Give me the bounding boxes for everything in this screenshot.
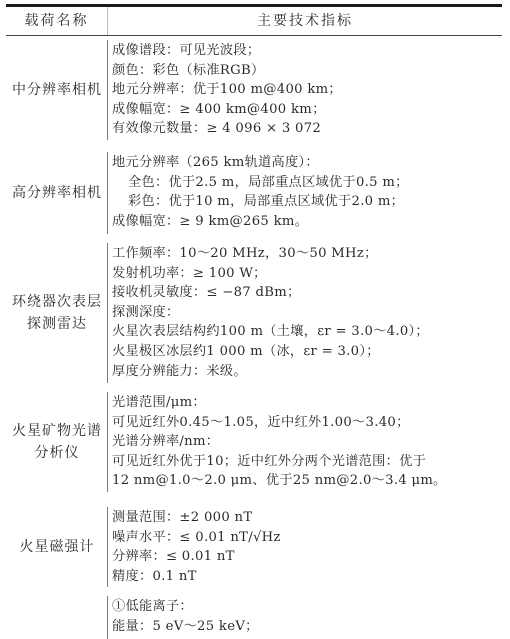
spec-line: 有效像元数量：≥ 4 096 × 3 072: [112, 119, 502, 139]
payload-name-line: 火星矿物光谱: [12, 420, 102, 442]
spec-line: 光谱范围/μm：: [112, 393, 502, 413]
header-main-specs: 主要技术指标: [108, 10, 502, 32]
spec-line: 接收机灵敏度：≤ −87 dBm；: [112, 283, 502, 303]
spec-line: ①低能离子：: [112, 597, 502, 617]
header-bottom-rule: [6, 35, 502, 36]
spec-line: 可见近红外0.45～1.05，近中红外1.00～3.40；: [112, 413, 502, 433]
spec-list: 测量范围：±2 000 nT 噪声水平：≤ 0.01 nT/√Hz 分辨率：≤ …: [112, 508, 502, 586]
spec-line: 全色：优于2.5 m，局部重点区域优于0.5 m；: [112, 173, 502, 193]
spec-line: 能量：5 eV～25 keV；: [112, 617, 502, 637]
table-row-medium-res-camera: 中分辨率相机 成像谱段：可见光波段； 颜色：彩色（标准RGB） 地元分辨率：优于…: [6, 40, 502, 140]
spec-list: 工作频率：10～20 MHz，30～50 MHz； 发射机功率：≥ 100 W；…: [112, 244, 502, 381]
payload-name: 火星磁强计: [6, 507, 108, 587]
payload-name-line: 火星磁强计: [20, 536, 95, 558]
spec-line: 工作频率：10～20 MHz，30～50 MHz；: [112, 244, 502, 264]
table-row-high-res-camera: 高分辨率相机 地元分辨率（265 km轨道高度）： 全色：优于2.5 m，局部重…: [6, 152, 502, 234]
column-divider: [107, 152, 108, 234]
column-divider: [107, 40, 108, 140]
header-payload-name: 载荷名称: [6, 10, 107, 32]
spec-line: 测量范围：±2 000 nT: [112, 508, 502, 528]
spec-list: ①低能离子： 能量：5 eV～25 keV；: [112, 597, 502, 636]
table-top-rule: [6, 4, 502, 7]
payload-name: 环绕器次表层 探测雷达: [6, 243, 108, 383]
payload-name-line: 中分辨率相机: [12, 79, 102, 101]
spec-line: 地元分辨率：优于100 m@400 km；: [112, 80, 502, 100]
spec-line: 光谱分辨率/nm：: [112, 432, 502, 452]
spec-line: 精度：0.1 nT: [112, 567, 502, 587]
payload-name-line: 环绕器次表层: [12, 291, 102, 313]
spec-line: 探测深度：: [112, 303, 502, 323]
payload-name: 中分辨率相机: [6, 40, 108, 140]
spec-line: 分辨率：≤ 0.01 nT: [112, 547, 502, 567]
column-divider: [107, 392, 108, 492]
table-row-partial: ①低能离子： 能量：5 eV～25 keV；: [6, 596, 502, 639]
spec-line: 可见近红外优于10；近中红外分两个光谱范围：优于: [112, 452, 502, 472]
spec-line: 成像谱段：可见光波段；: [112, 41, 502, 61]
spec-line: 厚度分辨能力：米级。: [112, 362, 502, 382]
spec-list: 地元分辨率（265 km轨道高度）： 全色：优于2.5 m，局部重点区域优于0.…: [112, 153, 502, 231]
spec-line: 发射机功率：≥ 100 W；: [112, 264, 502, 284]
payload-name-line: 高分辨率相机: [12, 182, 102, 204]
table-row-mineral-spectrometer: 火星矿物光谱 分析仪 光谱范围/μm： 可见近红外0.45～1.05，近中红外1…: [6, 392, 502, 492]
column-divider: [107, 507, 108, 587]
payload-name-line: 探测雷达: [27, 313, 87, 335]
spec-line: 颜色：彩色（标准RGB）: [112, 61, 502, 81]
spec-line: 火星次表层结构约100 m（土壤，εr = 3.0～4.0）；: [112, 322, 502, 342]
spec-line: 噪声水平：≤ 0.01 nT/√Hz: [112, 528, 502, 548]
column-divider: [107, 243, 108, 383]
spec-line: 成像幅宽：≥ 9 km@265 km。: [112, 212, 502, 232]
payload-name-line: 分析仪: [35, 442, 80, 464]
spec-line: 火星极区冰层约1 000 m（冰，εr = 3.0）；: [112, 342, 502, 362]
spec-list: 光谱范围/μm： 可见近红外0.45～1.05，近中红外1.00～3.40； 光…: [112, 393, 502, 491]
spec-line: 彩色：优于10 m，局部重点区域优于2.0 m；: [112, 192, 502, 212]
table-row-magnetometer: 火星磁强计 测量范围：±2 000 nT 噪声水平：≤ 0.01 nT/√Hz …: [6, 507, 502, 587]
spec-line: 12 nm@1.0～2.0 μm、优于25 nm@2.0～3.4 μm。: [112, 471, 502, 491]
column-divider: [107, 596, 108, 639]
payload-name: 高分辨率相机: [6, 152, 108, 234]
spec-line: 地元分辨率（265 km轨道高度）：: [112, 153, 502, 173]
spec-list: 成像谱段：可见光波段； 颜色：彩色（标准RGB） 地元分辨率：优于100 m@4…: [112, 41, 502, 139]
payload-name: 火星矿物光谱 分析仪: [6, 392, 108, 492]
table-row-subsurface-radar: 环绕器次表层 探测雷达 工作频率：10～20 MHz，30～50 MHz； 发射…: [6, 243, 502, 383]
spec-line: 成像幅宽：≥ 400 km@400 km；: [112, 100, 502, 120]
